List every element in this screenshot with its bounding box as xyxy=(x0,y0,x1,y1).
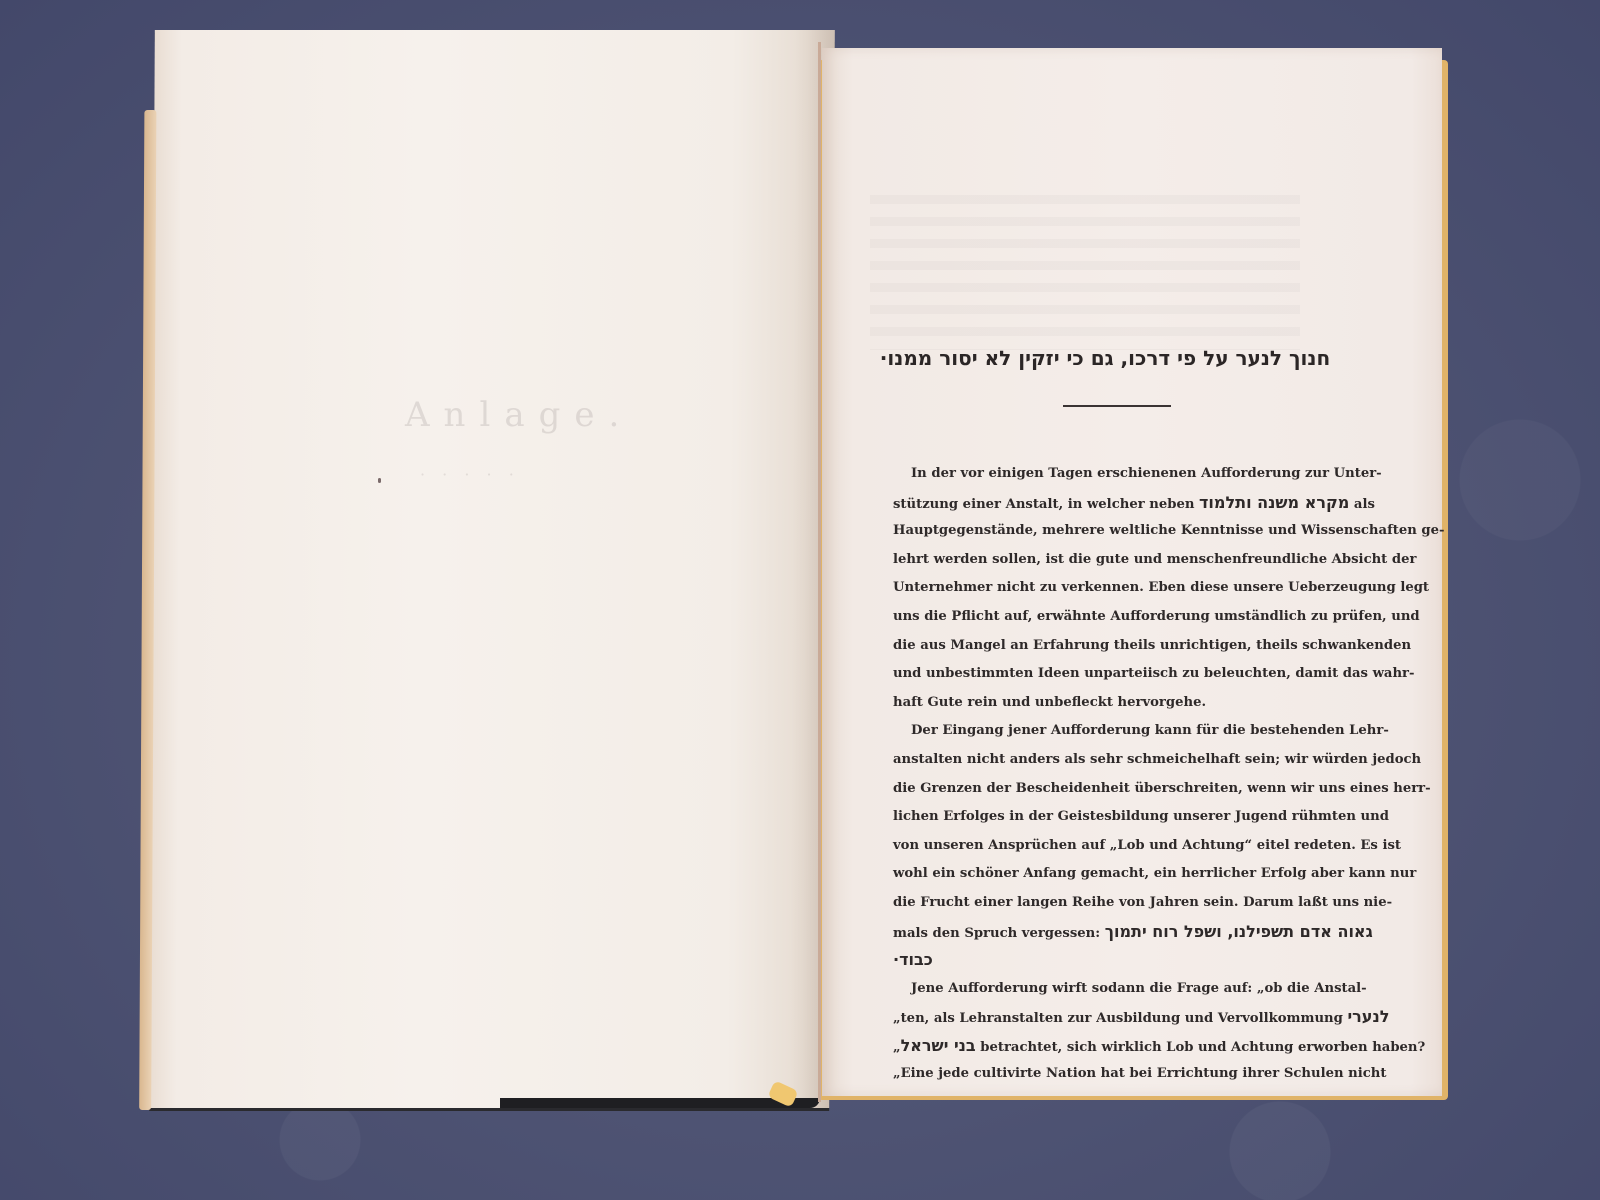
left-page xyxy=(149,30,835,1108)
text-line: „בני ישראל betrachtet, sich wirklich Lob… xyxy=(893,1032,1325,1061)
cover-edge xyxy=(500,1098,820,1108)
text-line: haft Gute rein und unbefleckt hervorgehe… xyxy=(893,689,1325,718)
text-line: und unbestimmten Ideen unparteiisch zu b… xyxy=(893,660,1325,689)
text-line: uns die Pflicht auf, erwähnte Aufforderu… xyxy=(893,603,1325,632)
show-through-text xyxy=(870,195,1300,350)
text-line: Unternehmer nicht zu verkennen. Eben die… xyxy=(893,574,1325,603)
paper-speck xyxy=(378,478,381,483)
text-line: wohl ein schöner Anfang gemacht, ein her… xyxy=(893,860,1325,889)
text-line: Hauptgegenstände, mehrere weltliche Kenn… xyxy=(893,517,1325,546)
book-spine xyxy=(818,42,821,1102)
text-line: Der Eingang jener Aufforderung kann für … xyxy=(893,717,1325,746)
text-line: In der vor einigen Tagen erschienenen Au… xyxy=(893,460,1325,489)
hebrew-epigraph: חנוך לנער על פי דרכו, גם כי יזקין לא יסו… xyxy=(870,346,1340,370)
text-line: von unseren Ansprüchen auf „Lob und Acht… xyxy=(893,832,1325,861)
show-through-subtitle: · · · · · xyxy=(420,465,520,484)
text-line: Jene Aufforderung wirft sodann die Frage… xyxy=(893,975,1325,1004)
text-line: stützung einer Anstalt, in welcher neben… xyxy=(893,489,1325,518)
text-line: lichen Erfolges in der Geistesbildung un… xyxy=(893,803,1325,832)
text-line: anstalten nicht anders als sehr schmeich… xyxy=(893,746,1325,775)
text-line: die Grenzen der Bescheidenheit überschre… xyxy=(893,775,1325,804)
text-line: die aus Mangel an Erfahrung theils unric… xyxy=(893,632,1325,661)
text-line: כבוד· xyxy=(893,946,1325,975)
text-line: mals den Spruch vergessen: גאוה אדם תשפי… xyxy=(893,918,1325,947)
text-line: die Frucht einer langen Reihe von Jahren… xyxy=(893,889,1325,918)
separator-rule xyxy=(1063,405,1171,407)
text-line: „Eine jede cultivirte Nation hat bei Err… xyxy=(893,1060,1325,1089)
text-line: „ten, als Lehranstalten zur Ausbildung u… xyxy=(893,1003,1325,1032)
body-text: In der vor einigen Tagen erschienenen Au… xyxy=(893,460,1325,1089)
text-line: lehrt werden sollen, ist die gute und me… xyxy=(893,546,1325,575)
show-through-title: Anlage. xyxy=(405,395,633,435)
